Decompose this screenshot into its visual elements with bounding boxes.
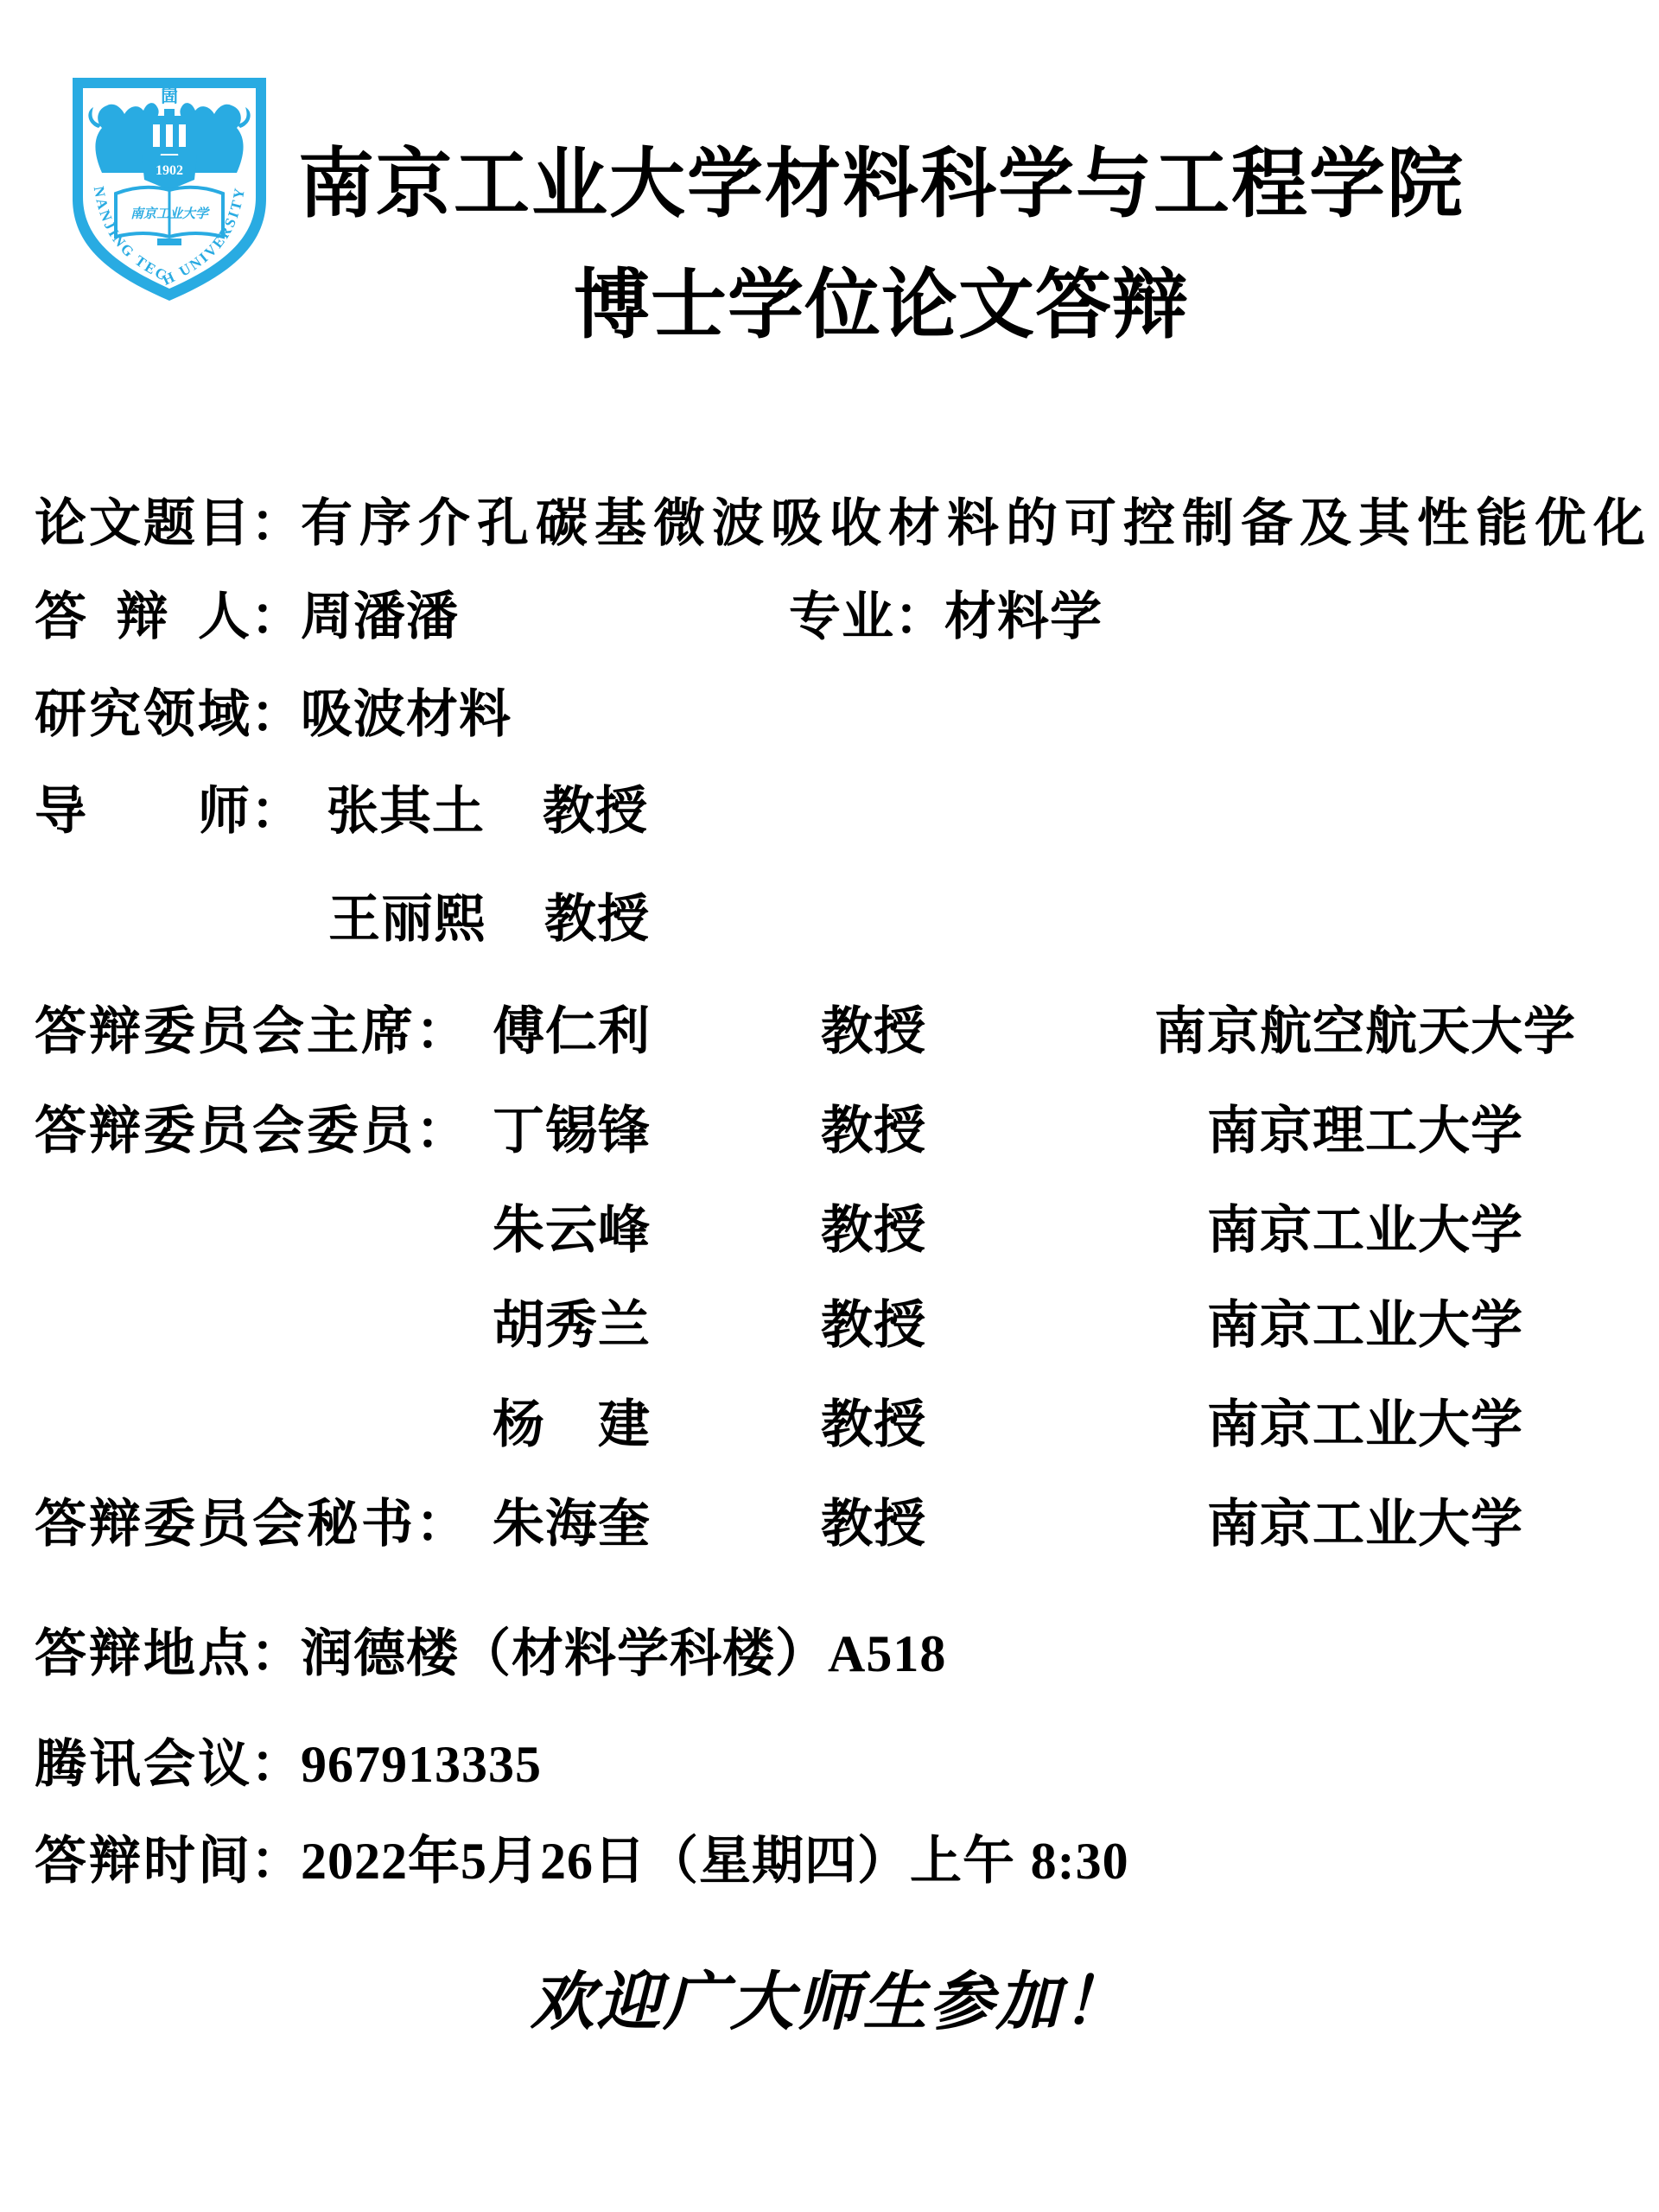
committee-member-row: 答辩委员会委员：丁锡锋教授南京理工大学 <box>35 1105 1624 1157</box>
time-weekday: 日（星期四）上午 <box>594 1832 1031 1890</box>
advisor-name: 张其土 <box>327 785 543 837</box>
colon: ： <box>416 1002 470 1060</box>
candidate-name: 周潘潘 <box>301 591 789 643</box>
committee-member-title: 教授 <box>821 1105 1106 1157</box>
committee-member-row: 朱云峰教授南京工业大学 <box>35 1205 1624 1256</box>
venue-label: 答辩地点 <box>35 1628 251 1680</box>
colon: ： <box>251 591 301 643</box>
committee-chair-row: 答辩委员会主席：傅仁利教授南京航空航天大学 <box>35 1006 1624 1058</box>
advisor-row: 导师：张其土教授 <box>35 785 648 837</box>
time-year: 2022 <box>301 1833 408 1890</box>
colon: ： <box>894 591 944 643</box>
committee-member-affiliation: 南京工业大学 <box>1106 1399 1624 1451</box>
committee-secretary-label: 答辩委员会秘书： <box>35 1498 493 1550</box>
page-subtitle: 博士学位论文答辩 <box>138 266 1624 342</box>
candidate-label: 答辩人 <box>35 591 251 643</box>
meeting-id: 967913335 <box>301 1736 542 1793</box>
time-month-unit: 月 <box>487 1832 540 1890</box>
advisor-title: 教授 <box>543 782 648 840</box>
committee-member-affiliation: 南京理工大学 <box>1106 1105 1624 1157</box>
committee-member-title: 教授 <box>821 1300 1106 1351</box>
time-row: 答辩时间：2022年5月26日（星期四）上午 8:30 <box>35 1835 1129 1887</box>
tower-window <box>166 124 173 147</box>
major-value: 材料学 <box>944 588 1103 645</box>
venue-row: 答辩地点：润德楼（材料学科楼）A518 <box>35 1628 946 1680</box>
page-title: 南京工业大学材料科学与工程学院 <box>138 145 1624 221</box>
committee-member-name: 朱云峰 <box>493 1205 821 1256</box>
thesis-title-label: 论文题目 <box>35 498 251 550</box>
committee-chair-name: 傅仁利 <box>493 1006 821 1058</box>
emblem-glyph: 崮 <box>160 85 179 106</box>
candidate-row: 答辩人：周潘潘专业：材料学 <box>35 591 1103 643</box>
colon: ： <box>416 1495 470 1553</box>
label-text: 答辩委员会主席 <box>35 1002 416 1060</box>
field-label: 研究领域 <box>35 689 251 741</box>
advisor-name: 王丽熙 <box>328 893 544 945</box>
colon: ： <box>416 1102 470 1160</box>
time-day: 26 <box>540 1833 594 1890</box>
field-value: 吸波材料 <box>301 689 512 741</box>
advisor-label: 导师 <box>35 785 251 837</box>
thesis-title-value: 有序介孔碳基微波吸收材料的可控制备及其性能优化 <box>301 498 1652 550</box>
advisor-row: 王丽熙教授 <box>35 893 650 945</box>
committee-secretary-title: 教授 <box>821 1498 1106 1550</box>
time-month: 5 <box>461 1833 487 1890</box>
advisor-title: 教授 <box>544 890 650 948</box>
committee-member-row: 胡秀兰教授南京工业大学 <box>35 1300 1624 1351</box>
field-row: 研究领域：吸波材料 <box>35 689 512 741</box>
label-text: 答辩委员会委员 <box>35 1102 416 1160</box>
time-label: 答辩时间 <box>35 1835 251 1887</box>
thesis-title-row: 论文题目：有序介孔碳基微波吸收材料的可控制备及其性能优化 <box>35 498 1652 550</box>
colon: ： <box>251 689 301 741</box>
colon: ： <box>251 785 301 837</box>
committee-secretary-affiliation: 南京工业大学 <box>1106 1498 1624 1550</box>
colon: ： <box>251 1738 301 1790</box>
label-text: 答辩委员会秘书 <box>35 1495 416 1553</box>
committee-member-label: 答辩委员会委员： <box>35 1105 493 1157</box>
committee-member-name: 胡秀兰 <box>493 1300 821 1351</box>
committee-member-row: 杨 建教授南京工业大学 <box>35 1399 1624 1451</box>
poster-page: 崮 1902 南京工业大学 NANJING TECH UNIVERSITY 南京… <box>0 0 1659 2212</box>
venue-room: A518 <box>828 1625 946 1682</box>
committee-secretary-name: 朱海奎 <box>493 1498 821 1550</box>
venue-building: 润德楼（材料学科楼） <box>301 1624 828 1682</box>
colon: ： <box>251 498 301 550</box>
colon: ： <box>251 1835 301 1887</box>
committee-member-name: 丁锡锋 <box>493 1105 821 1157</box>
committee-chair-affiliation: 南京航空航天大学 <box>1106 1006 1624 1058</box>
committee-member-title: 教授 <box>821 1399 1106 1451</box>
meeting-row: 腾讯会议：967913335 <box>35 1738 542 1790</box>
time-clock: 8:30 <box>1031 1833 1129 1890</box>
tower-window <box>179 124 186 147</box>
committee-chair-title: 教授 <box>821 1006 1106 1058</box>
time-year-unit: 年 <box>408 1832 461 1890</box>
meeting-label: 腾讯会议 <box>35 1738 251 1790</box>
committee-secretary-row: 答辩委员会秘书：朱海奎教授南京工业大学 <box>35 1498 1624 1550</box>
major-label: 专业 <box>789 588 894 645</box>
header-titles: 南京工业大学材料科学与工程学院 博士学位论文答辩 <box>138 145 1624 342</box>
committee-member-name: 杨 建 <box>493 1399 821 1451</box>
committee-chair-label: 答辩委员会主席： <box>35 1006 493 1058</box>
committee-member-title: 教授 <box>821 1205 1106 1256</box>
colon: ： <box>251 1628 301 1680</box>
welcome-message: 欢迎广大师生参加！ <box>0 1970 1659 2034</box>
committee-member-affiliation: 南京工业大学 <box>1106 1300 1624 1351</box>
committee-member-affiliation: 南京工业大学 <box>1106 1205 1624 1256</box>
tower-window <box>153 124 160 147</box>
